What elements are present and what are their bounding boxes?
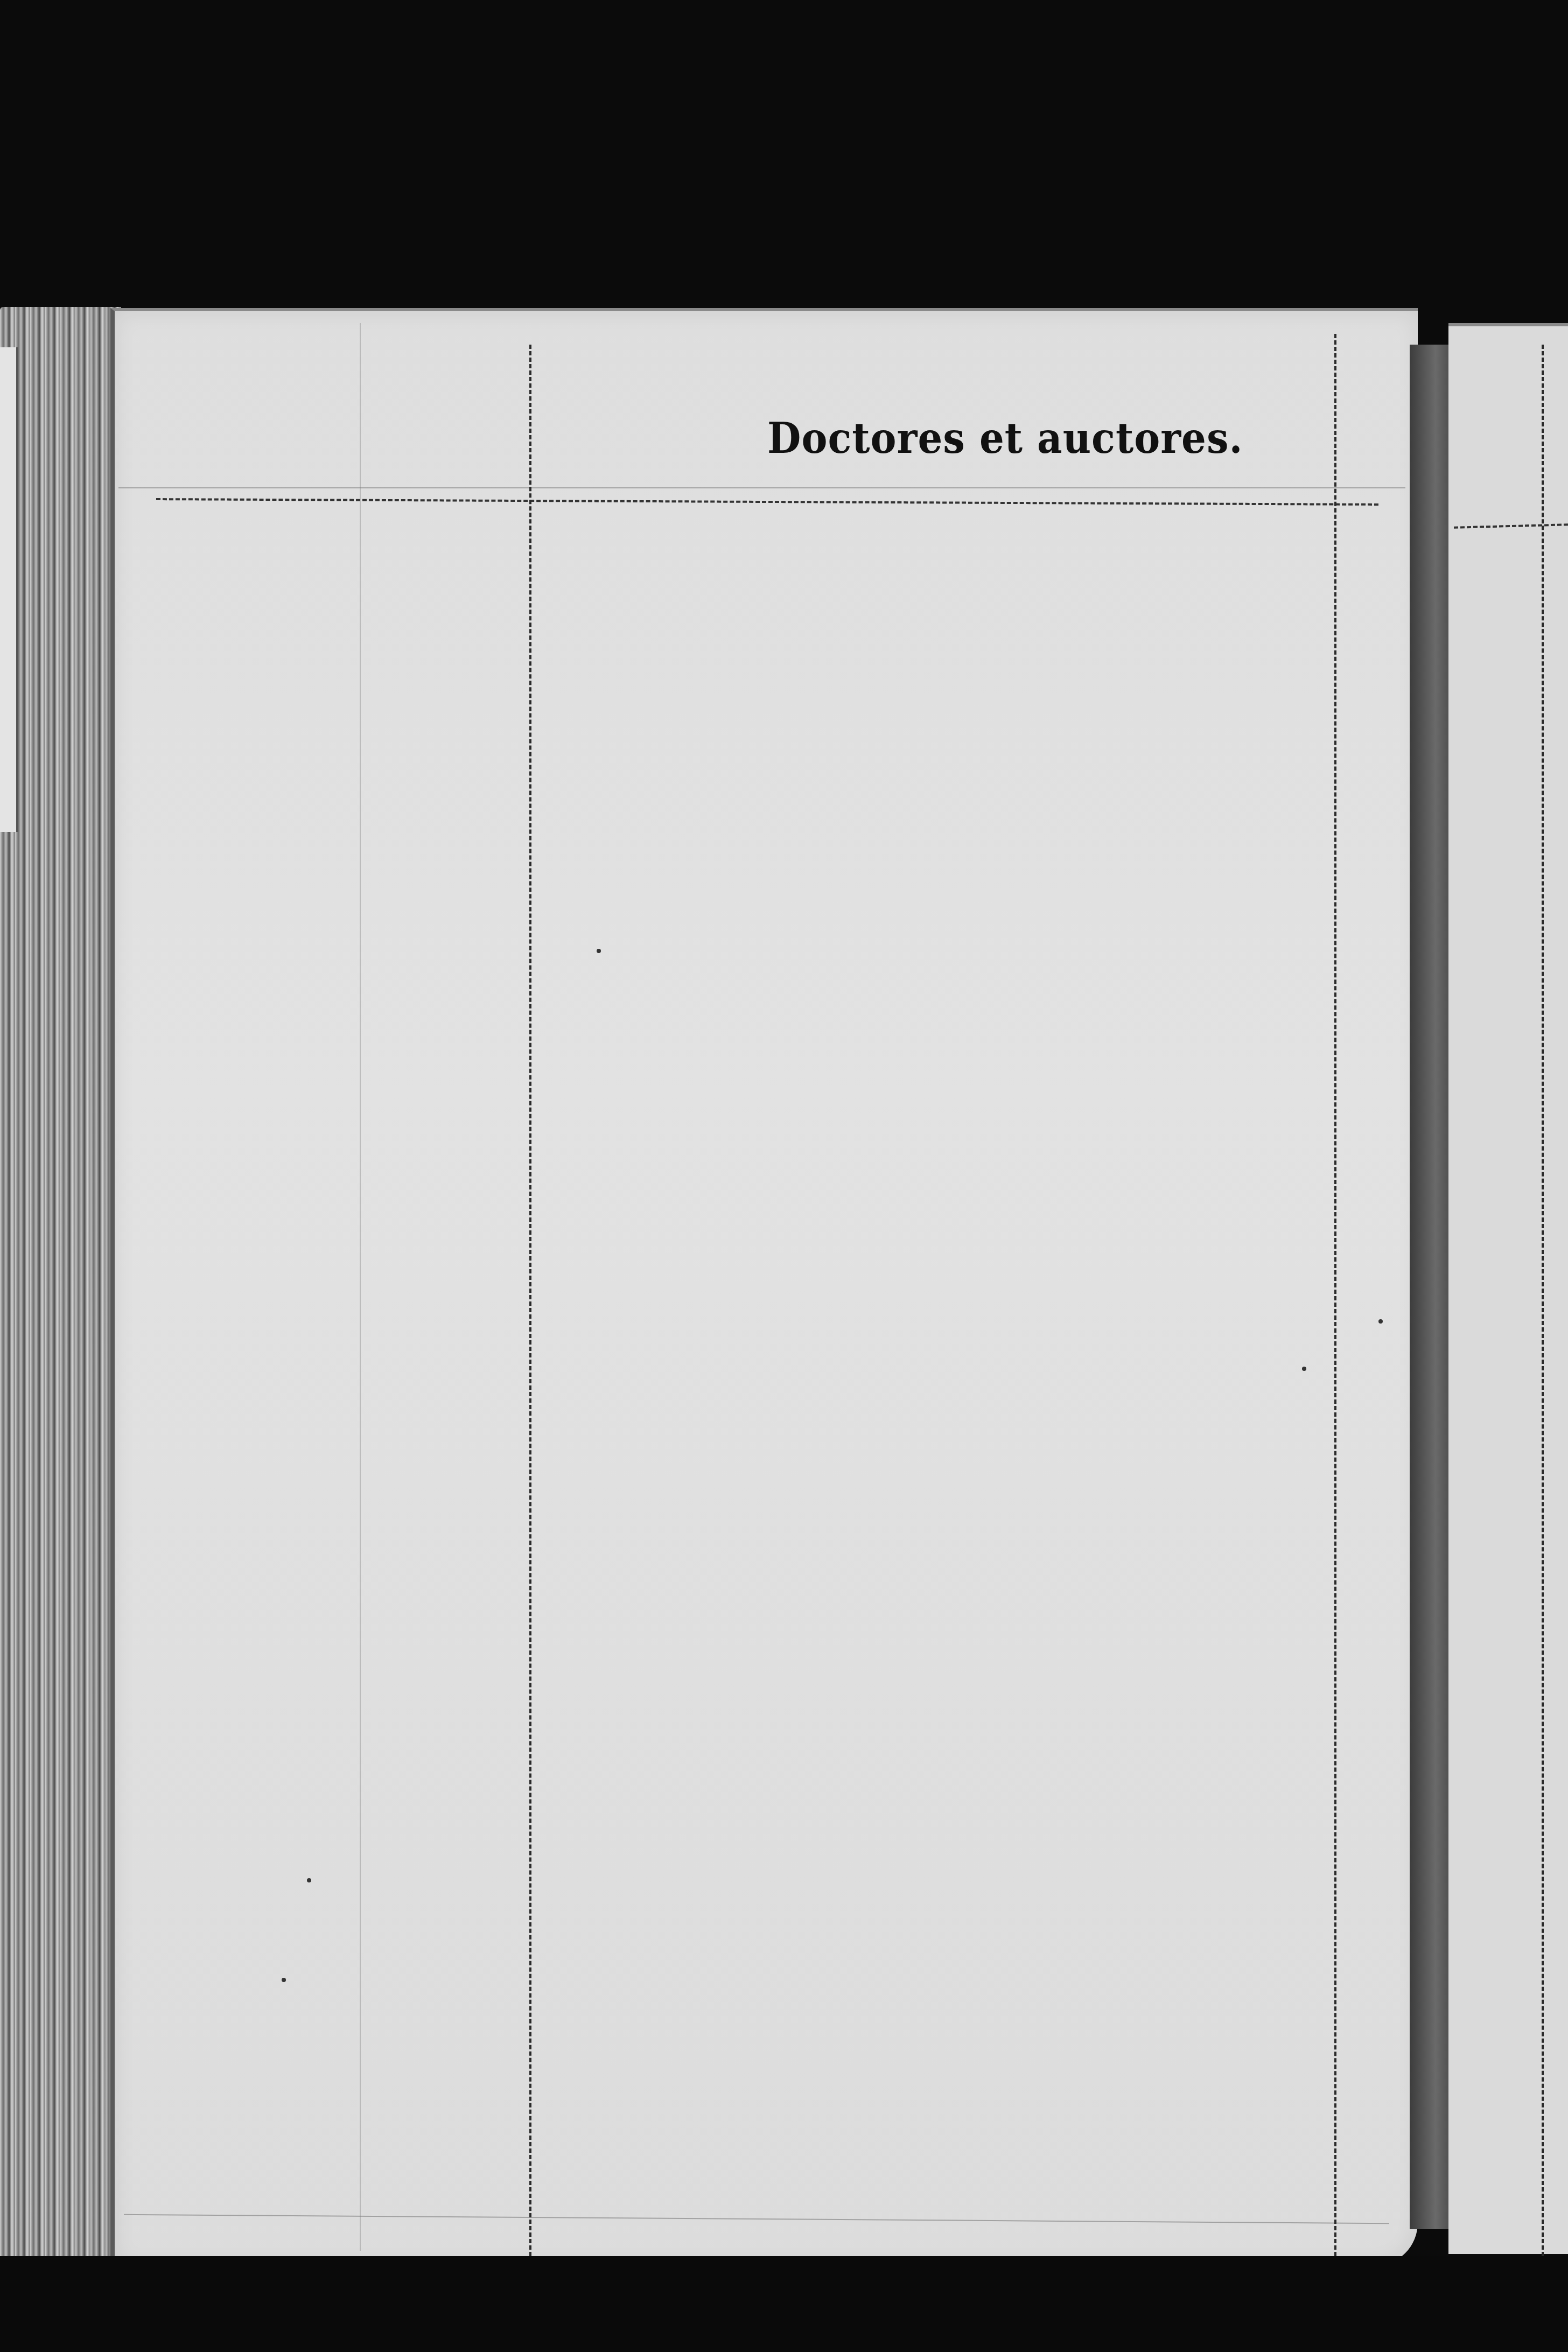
bottom-shadow	[0, 2256, 1568, 2352]
header-guide-line	[118, 487, 1405, 488]
column-rule-right	[1334, 334, 1336, 2256]
book-page	[110, 308, 1418, 2266]
paper-speck	[282, 1978, 286, 1982]
paper-speck	[307, 1878, 311, 1882]
facing-page	[1448, 323, 1568, 2254]
paper-speck	[1302, 1367, 1306, 1371]
facing-column-rule	[1542, 345, 1544, 2256]
book-photo: Doctores et auctores.	[0, 0, 1568, 2352]
book-gutter	[1410, 345, 1453, 2229]
page-stack-edges	[0, 307, 121, 2262]
paper-speck	[597, 949, 601, 953]
protruding-leaf	[0, 347, 18, 832]
column-rule-left	[529, 345, 531, 2256]
running-header: Doctores et auctores.	[767, 412, 1243, 463]
paper-speck	[1378, 1319, 1383, 1324]
margin-guide-line	[360, 323, 361, 2251]
